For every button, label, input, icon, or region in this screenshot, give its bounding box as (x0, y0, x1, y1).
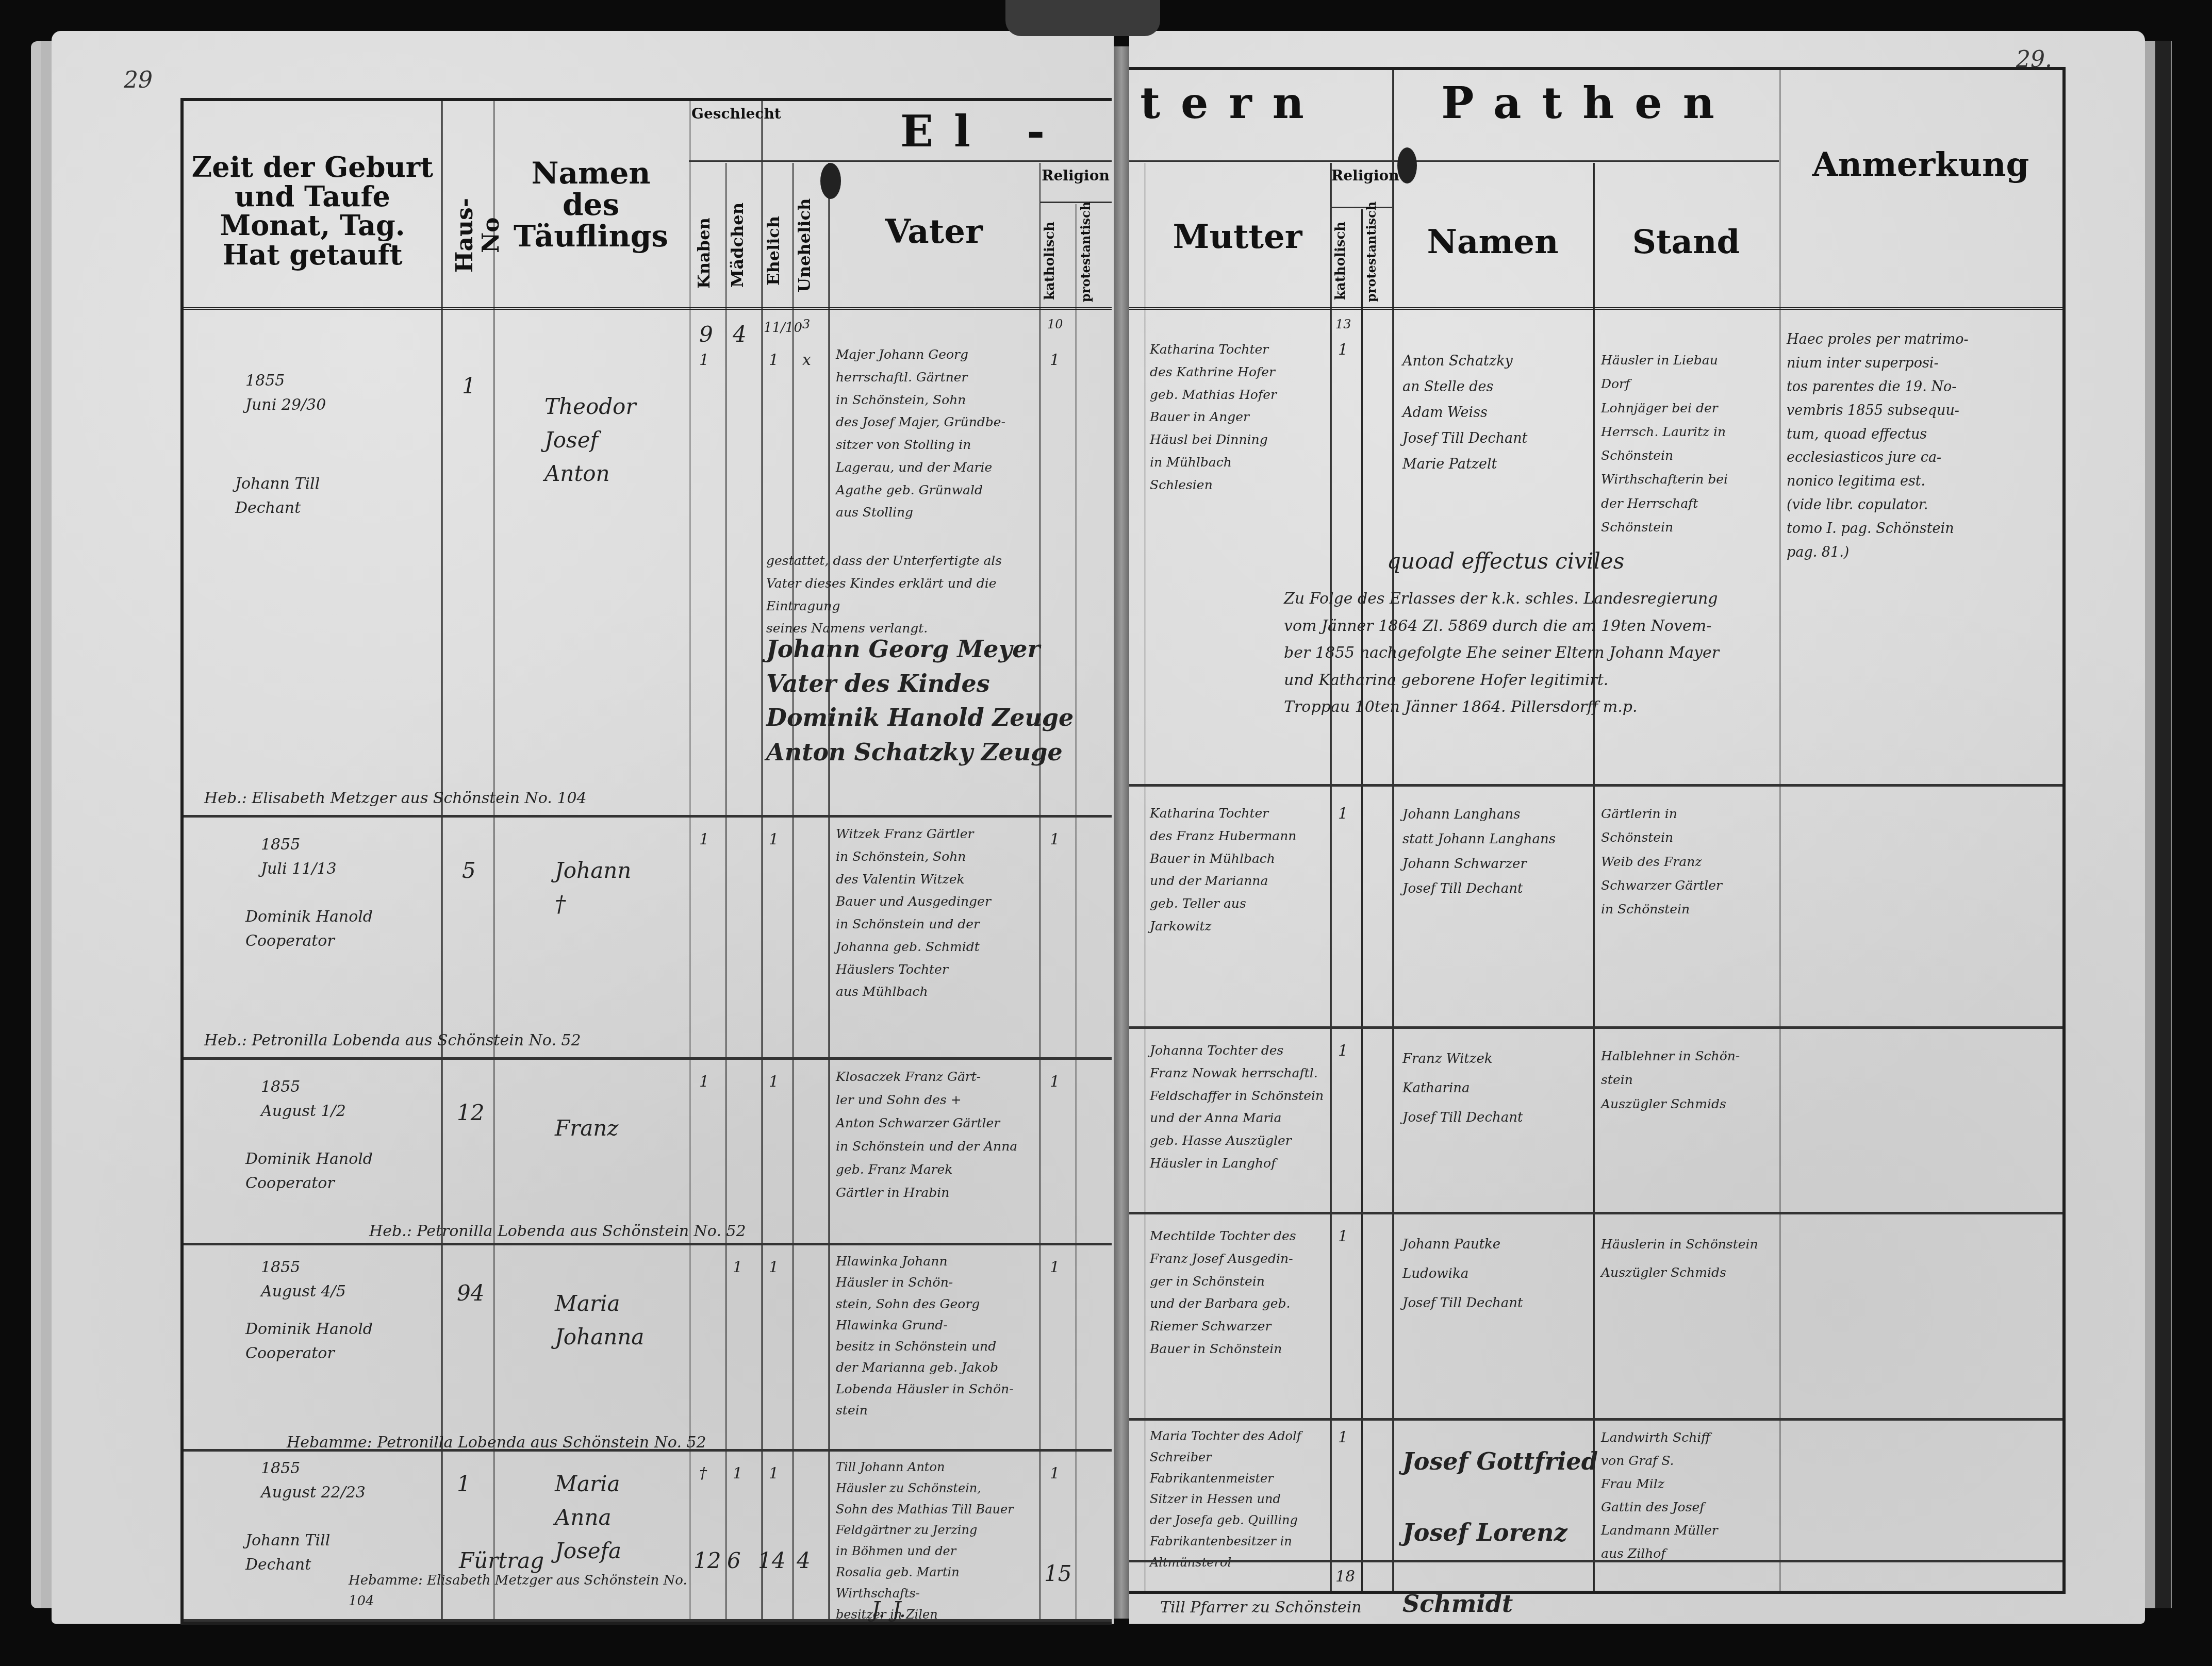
entry-1-illegit: x (802, 348, 811, 373)
entry-3-date: 1855 August 1/2 (261, 1075, 431, 1123)
entry-5-female: 1 (733, 1462, 742, 1486)
entry-2-child: Johann † (555, 854, 679, 921)
entry-2-male: 1 (699, 828, 709, 852)
page-stack-edge (31, 41, 42, 1608)
header-birth-date: Zeit der Geburt und Taufe Monat, Tag. Ha… (189, 153, 436, 270)
row-separator (184, 1619, 1112, 1622)
page-stack-edge (41, 41, 53, 1608)
entry-5-mother-catholic: 1 (1338, 1426, 1348, 1450)
entry-4-mother-catholic: 1 (1338, 1225, 1348, 1249)
folio-number-left: 29 (124, 67, 153, 93)
entry-2-father-catholic: 1 (1050, 828, 1060, 852)
entry-1-godparents: Anton Schatzky an Stelle des Adam Weiss … (1402, 348, 1588, 477)
tally-female: 4 (733, 318, 747, 351)
header-separator (689, 160, 761, 162)
entry-1-midwife: Heb.: Elisabeth Metzger aus Schönstein N… (204, 787, 771, 811)
total-father-catholic: 15 (1044, 1557, 1071, 1590)
total-mother-catholic: 18 (1335, 1565, 1355, 1589)
entry-2-godparents: Johann Langhans statt Johann Langhans Jo… (1402, 802, 1588, 901)
column-divider (761, 101, 763, 1622)
row-separator (1129, 1212, 2062, 1214)
book-gutter (1114, 46, 1129, 1619)
total-illegit: 4 (797, 1544, 811, 1577)
column-divider (828, 163, 830, 1622)
entry-1-priest: Johann Till Dechant (235, 472, 431, 520)
entry-5-mother: Maria Tochter des Adolf Schreiber Fabrik… (1150, 1426, 1328, 1573)
tally-male: 9 (699, 318, 713, 351)
entry-5-godparents-status: Landwirth Schiff von Graf S. Frau Milz G… (1601, 1426, 1776, 1565)
header-parents-right: tern (1140, 80, 1325, 126)
header-godparent-name: Namen (1397, 225, 1588, 259)
entry-1-remark: Haec proles per matrimo- nium inter supe… (1787, 328, 2055, 564)
header-religion: Religion (1041, 168, 1111, 183)
row-separator (184, 1057, 1112, 1060)
entry-3-father: Klosaczek Franz Gärt- ler und Sohn des +… (836, 1065, 1037, 1204)
entry-1-father: Majer Johann Georg herrschaftl. Gärtner … (836, 343, 1037, 524)
entry-1-mother: Katharina Tochter des Kathrine Hofer geb… (1150, 338, 1328, 496)
ink-blot (1397, 147, 1417, 184)
entry-4-female: 1 (733, 1256, 742, 1280)
row-separator (1129, 1560, 2062, 1562)
tally-legit: 11/10 (764, 318, 802, 338)
header-separator (1039, 202, 1112, 203)
entry-5-father: Till Johann Anton Häusler zu Schönstein,… (836, 1457, 1037, 1625)
entry-4-date: 1855 August 4/5 (261, 1256, 431, 1304)
entry-1-house: 1 (462, 369, 476, 403)
entry-3-godparents: Franz Witzek Katharina Josef Till Dechan… (1402, 1044, 1588, 1133)
column-divider (1145, 163, 1146, 1591)
header-house-number: Haus-No (452, 184, 483, 287)
entry-4-mother: Mechtilde Tochter des Franz Josef Ausged… (1150, 1225, 1328, 1360)
header-mother: Mutter (1150, 220, 1325, 254)
column-divider (441, 101, 443, 1622)
entry-1-signatures: Johann Georg Meyer Vater des Kindes Domi… (766, 632, 1076, 770)
row-separator (184, 815, 1112, 818)
entry-1-godparents-status: Häusler in Liebau Dorf Lohnjäger bei der… (1601, 348, 1776, 539)
carry-forward-label: Fürtrag (459, 1544, 544, 1577)
entry-2-mother-catholic: 1 (1338, 802, 1348, 826)
column-divider (1361, 209, 1363, 1591)
entry-4-godparents: Johann Pautke Ludowika Josef Till Dechan… (1402, 1230, 1588, 1319)
entry-1-father-catholic: 1 (1050, 348, 1060, 373)
entry-2-house: 5 (462, 854, 476, 887)
total-female: 6 (727, 1544, 741, 1577)
initials: J. J. (871, 1593, 906, 1626)
entry-4-house: 94 (457, 1276, 484, 1310)
column-divider (1593, 163, 1595, 1591)
header-legitimate: Ehelich (764, 199, 789, 302)
entry-2-date: 1855 Juli 11/13 (261, 833, 431, 881)
header-boys: Knaben (694, 204, 722, 302)
entry-1-male: 1 (699, 348, 709, 373)
header-separator (1330, 207, 1392, 208)
tally-illegit: 3 (802, 315, 810, 334)
open-register-book: 29 Zeit der Geburt und Taufe Monat, Tag.… (31, 31, 2171, 1644)
column-divider (792, 163, 794, 1622)
entry-1-legitimation-note: quoad effectus civiles (1387, 544, 1624, 578)
entry-3-midwife: Heb.: Petronilla Lobenda aus Schönstein … (369, 1220, 936, 1244)
entry-4-father-catholic: 1 (1050, 1256, 1060, 1280)
entry-4-priest: Dominik Hanold Cooperator (245, 1318, 431, 1365)
left-page: 29 Zeit der Geburt und Taufe Monat, Tag.… (52, 31, 1114, 1624)
entry-4-child: Maria Johanna (555, 1287, 679, 1354)
right-page: 29. tern Pathen Mutter Religion katholis… (1129, 31, 2145, 1624)
header-remark: Anmerkung (1784, 147, 2057, 182)
row-separator (184, 1449, 1112, 1452)
entry-1-father-declaration: gestattet, dass der Unterfertigte als Va… (766, 549, 1065, 640)
entry-4-father: Hlawinka Johann Häusler in Schön- stein,… (836, 1251, 1037, 1421)
entry-3-male: 1 (699, 1070, 709, 1094)
header-parents-left: El - (854, 109, 1112, 154)
header-separator (761, 160, 1112, 162)
header-bottom-rule (184, 307, 1112, 310)
binding-cloth (1005, 0, 1160, 36)
entry-5-house: 1 (457, 1467, 471, 1501)
entry-1-legit: 1 (769, 348, 779, 373)
entry-1-child: Theodor Josef Anton (544, 390, 684, 490)
book-cover-edge (2155, 41, 2172, 1608)
column-divider (1392, 70, 1394, 1591)
entry-3-mother-catholic: 1 (1338, 1039, 1348, 1063)
entry-2-midwife: Heb.: Petronilla Lobenda aus Schönstein … (204, 1029, 771, 1053)
entry-1-mother-catholic: 1 (1338, 338, 1348, 362)
entry-5-godparents: Josef Gottfried Josef Lorenz Schmidt (1402, 1426, 1598, 1639)
entry-5-father-catholic: 1 (1050, 1462, 1060, 1486)
entry-4-godparents-status: Häuslerin in Schönstein Auszügler Schmid… (1601, 1230, 1776, 1287)
entry-3-priest: Dominik Hanold Cooperator (245, 1147, 431, 1195)
page-stack-edge (2145, 41, 2156, 1608)
column-divider (1779, 70, 1780, 1591)
header-catholic: katholisch (1333, 220, 1361, 302)
header-bottom-rule (1129, 307, 2062, 310)
entry-1-date: 1855 Juni 29/30 (245, 369, 436, 417)
entry-5-date: 1855 August 22/23 (261, 1457, 431, 1505)
row-separator (184, 1243, 1112, 1245)
header-girls: Mädchen (728, 189, 756, 302)
entry-5-legit: 1 (769, 1462, 779, 1486)
header-godparent-status: Stand (1598, 225, 1774, 259)
tally-mother-catholic: 13 (1335, 315, 1351, 334)
total-legit: 14 (758, 1544, 785, 1577)
register-table-right: tern Pathen Mutter Religion katholisch p… (1129, 67, 2066, 1594)
header-protestant: protestantisch (1078, 209, 1109, 302)
header-sex-group: Geschlecht (691, 106, 758, 121)
entry-3-house: 12 (457, 1096, 484, 1129)
entry-1-civil-legitimation: Zu Folge des Erlasses der k.k. schles. L… (1284, 586, 2057, 721)
entry-5-child: Maria Anna Josefa (555, 1467, 679, 1568)
entry-2-mother: Katharina Tochter des Franz Hubermann Ba… (1150, 802, 1328, 938)
entry-3-mother: Johanna Tochter des Franz Nowak herrscha… (1150, 1039, 1328, 1175)
entry-4-legit: 1 (769, 1256, 779, 1280)
column-divider (1039, 163, 1041, 1622)
column-divider (725, 163, 727, 1622)
entry-3-child: Franz (555, 1111, 679, 1145)
tally-father-catholic: 10 (1047, 315, 1063, 334)
header-religion: Religion (1331, 168, 1391, 183)
entry-2-father: Witzek Franz Gärtler in Schönstein, Sohn… (836, 823, 1037, 1003)
header-protestant: protestantisch (1364, 209, 1392, 302)
ink-blot (820, 163, 841, 199)
total-male: 12 (694, 1544, 721, 1577)
entry-3-legit: 1 (769, 1070, 779, 1094)
entry-2-priest: Dominik Hanold Cooperator (245, 905, 431, 953)
column-divider (493, 101, 494, 1622)
column-divider (1330, 163, 1332, 1591)
header-separator (1129, 160, 1779, 162)
header-godparents: Pathen (1408, 80, 1769, 126)
row-separator (1129, 784, 2062, 787)
row-separator (1129, 1026, 2062, 1029)
header-illegitimate: Unehelich (795, 189, 826, 302)
entry-2-godparents-status: Gärtlerin in Schönstein Weib des Franz S… (1601, 802, 1776, 921)
entry-5-cross-mark: † (699, 1462, 707, 1486)
row-separator (1129, 1418, 2062, 1421)
register-table-left: Zeit der Geburt und Taufe Monat, Tag. Ha… (180, 98, 1112, 1625)
column-divider (1076, 204, 1077, 1622)
header-child-name: Namen des Täuflings (503, 158, 679, 252)
pastor-note: Till Pfarrer zu Schönstein (1160, 1596, 1418, 1620)
header-catholic: katholisch (1042, 220, 1073, 302)
entry-2-legit: 1 (769, 828, 779, 852)
entry-3-godparents-status: Halblehner in Schön- stein Auszügler Sch… (1601, 1044, 1776, 1116)
header-father: Vater (833, 214, 1034, 249)
column-divider (689, 101, 690, 1622)
entry-3-father-catholic: 1 (1050, 1070, 1060, 1094)
